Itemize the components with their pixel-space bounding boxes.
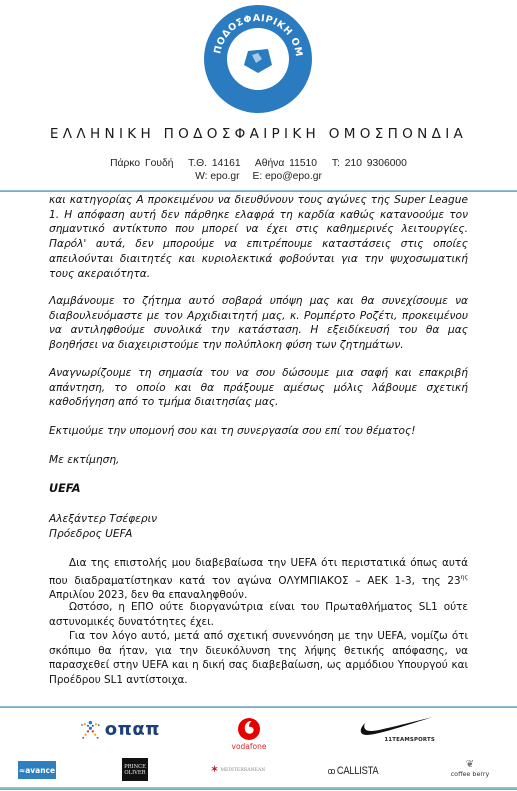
- sponsors-divider-top: [0, 706, 517, 708]
- sponsor-prince-oliver: PRINCE OLIVER: [122, 758, 148, 781]
- letter-paragraph: Λαμβάνουμε το ζήτημα αυτό σοβαρά υπόψη μ…: [49, 294, 468, 353]
- letter-paragraph: Εκτιμούμε την υπομονή σου και τη συνεργα…: [49, 424, 468, 439]
- contact-line-address: Πάρκο Γουδή Τ.Θ. 14161 Αθήνα 11510 T: 21…: [0, 158, 517, 169]
- signatory-organization: UEFA: [49, 482, 468, 497]
- sponsor-coffee-berry: ❦ coffee berry: [445, 756, 495, 782]
- sponsor-vodafone: vodafone: [225, 714, 273, 754]
- response-text: Δια της επιστολής μου διαβεβαίωσα την UE…: [49, 557, 468, 587]
- response-text: Για τον λόγο αυτό, μετά από σχετική συνε…: [49, 630, 468, 686]
- sponsors-divider-bottom: [0, 787, 517, 790]
- phone: T: 210 9306000: [332, 158, 407, 169]
- sponsor-nike-11teamsports: 11TEAMSPORTS: [355, 713, 435, 745]
- contact-line-web: W: epo.gr E: epo@epo.gr: [0, 171, 517, 182]
- website-link[interactable]: W: epo.gr: [195, 171, 239, 182]
- mediterranean-label: MEDITERRANEAN: [220, 768, 265, 773]
- callista-label: CALLISTA: [337, 765, 378, 777]
- 11teamsports-label: 11TEAMSPORTS: [384, 737, 435, 743]
- ordinal-suffix: ης: [461, 574, 468, 581]
- opap-logo-icon: [80, 716, 101, 742]
- vodafone-label: vodafone: [232, 742, 267, 751]
- response-paragraph: Για τον λόγο αυτό, μετά από σχετική συνε…: [49, 629, 468, 688]
- signatory-title: Πρόεδρος UEFA: [49, 527, 468, 542]
- sponsor-avance: ≈avance: [18, 761, 56, 779]
- opap-label: οπαπ: [105, 719, 160, 740]
- response-paragraph: Ωστόσο, η ΕΠΟ ούτε διοργανώτρια είναι το…: [49, 600, 468, 629]
- city: Αθήνα 11510: [255, 158, 317, 169]
- email-link[interactable]: E: epo@epo.gr: [252, 171, 321, 182]
- nike-swoosh-icon: [357, 715, 435, 737]
- letter-paragraph: και κατηγορίας Α προκειμένου να διευθύνο…: [49, 193, 468, 281]
- organization-name: ΕΛΛΗΝΙΚΗ ΠΟΔΟΣΦΑΙΡΙΚΗ ΟΜΟΣΠΟΝΔΙΑ: [0, 126, 517, 142]
- avance-label: avance: [25, 766, 55, 775]
- letter-paragraph: Αναγνωρίζουμε τη σημασία του να σου δώσο…: [49, 366, 468, 410]
- po-box: Τ.Θ. 14161: [188, 158, 240, 169]
- response-text: Ωστόσο, η ΕΠΟ ούτε διοργανώτρια είναι το…: [49, 601, 468, 628]
- header-divider: [0, 190, 517, 192]
- vodafone-logo-icon: [237, 717, 261, 741]
- signatory-name: Αλεξάντερ Τσέφεριν: [49, 512, 468, 527]
- coffee-berry-label: coffee berry: [451, 770, 490, 778]
- address: Πάρκο Γουδή: [110, 158, 173, 169]
- sponsor-opap: οπαπ: [80, 716, 160, 742]
- coffee-berry-logo-icon: ❦: [466, 760, 474, 770]
- epo-crest-icon: ΕΛΛΗΝΙΚΗ ΠΟΔΟΣΦΑΙΡΙΚΗ ΟΜΟΣΠΟΝΔΙΑ: [202, 3, 314, 115]
- prince-oliver-line2: OLIVER: [124, 770, 145, 776]
- callista-logo-icon: ꝏ: [328, 766, 336, 777]
- response-paragraph: Δια της επιστολής μου διαβεβαίωσα την UE…: [49, 556, 468, 603]
- letter-closing: Με εκτίμηση,: [49, 453, 468, 468]
- sponsor-mediterranean: ✶ MEDITERRANEAN: [212, 764, 264, 776]
- epo-crest-logo: ΕΛΛΗΝΙΚΗ ΠΟΔΟΣΦΑΙΡΙΚΗ ΟΜΟΣΠΟΝΔΙΑ: [202, 3, 314, 115]
- mediterranean-logo-icon: ✶: [211, 765, 219, 775]
- sponsor-callista: ꝏ CALLISTA: [329, 763, 377, 779]
